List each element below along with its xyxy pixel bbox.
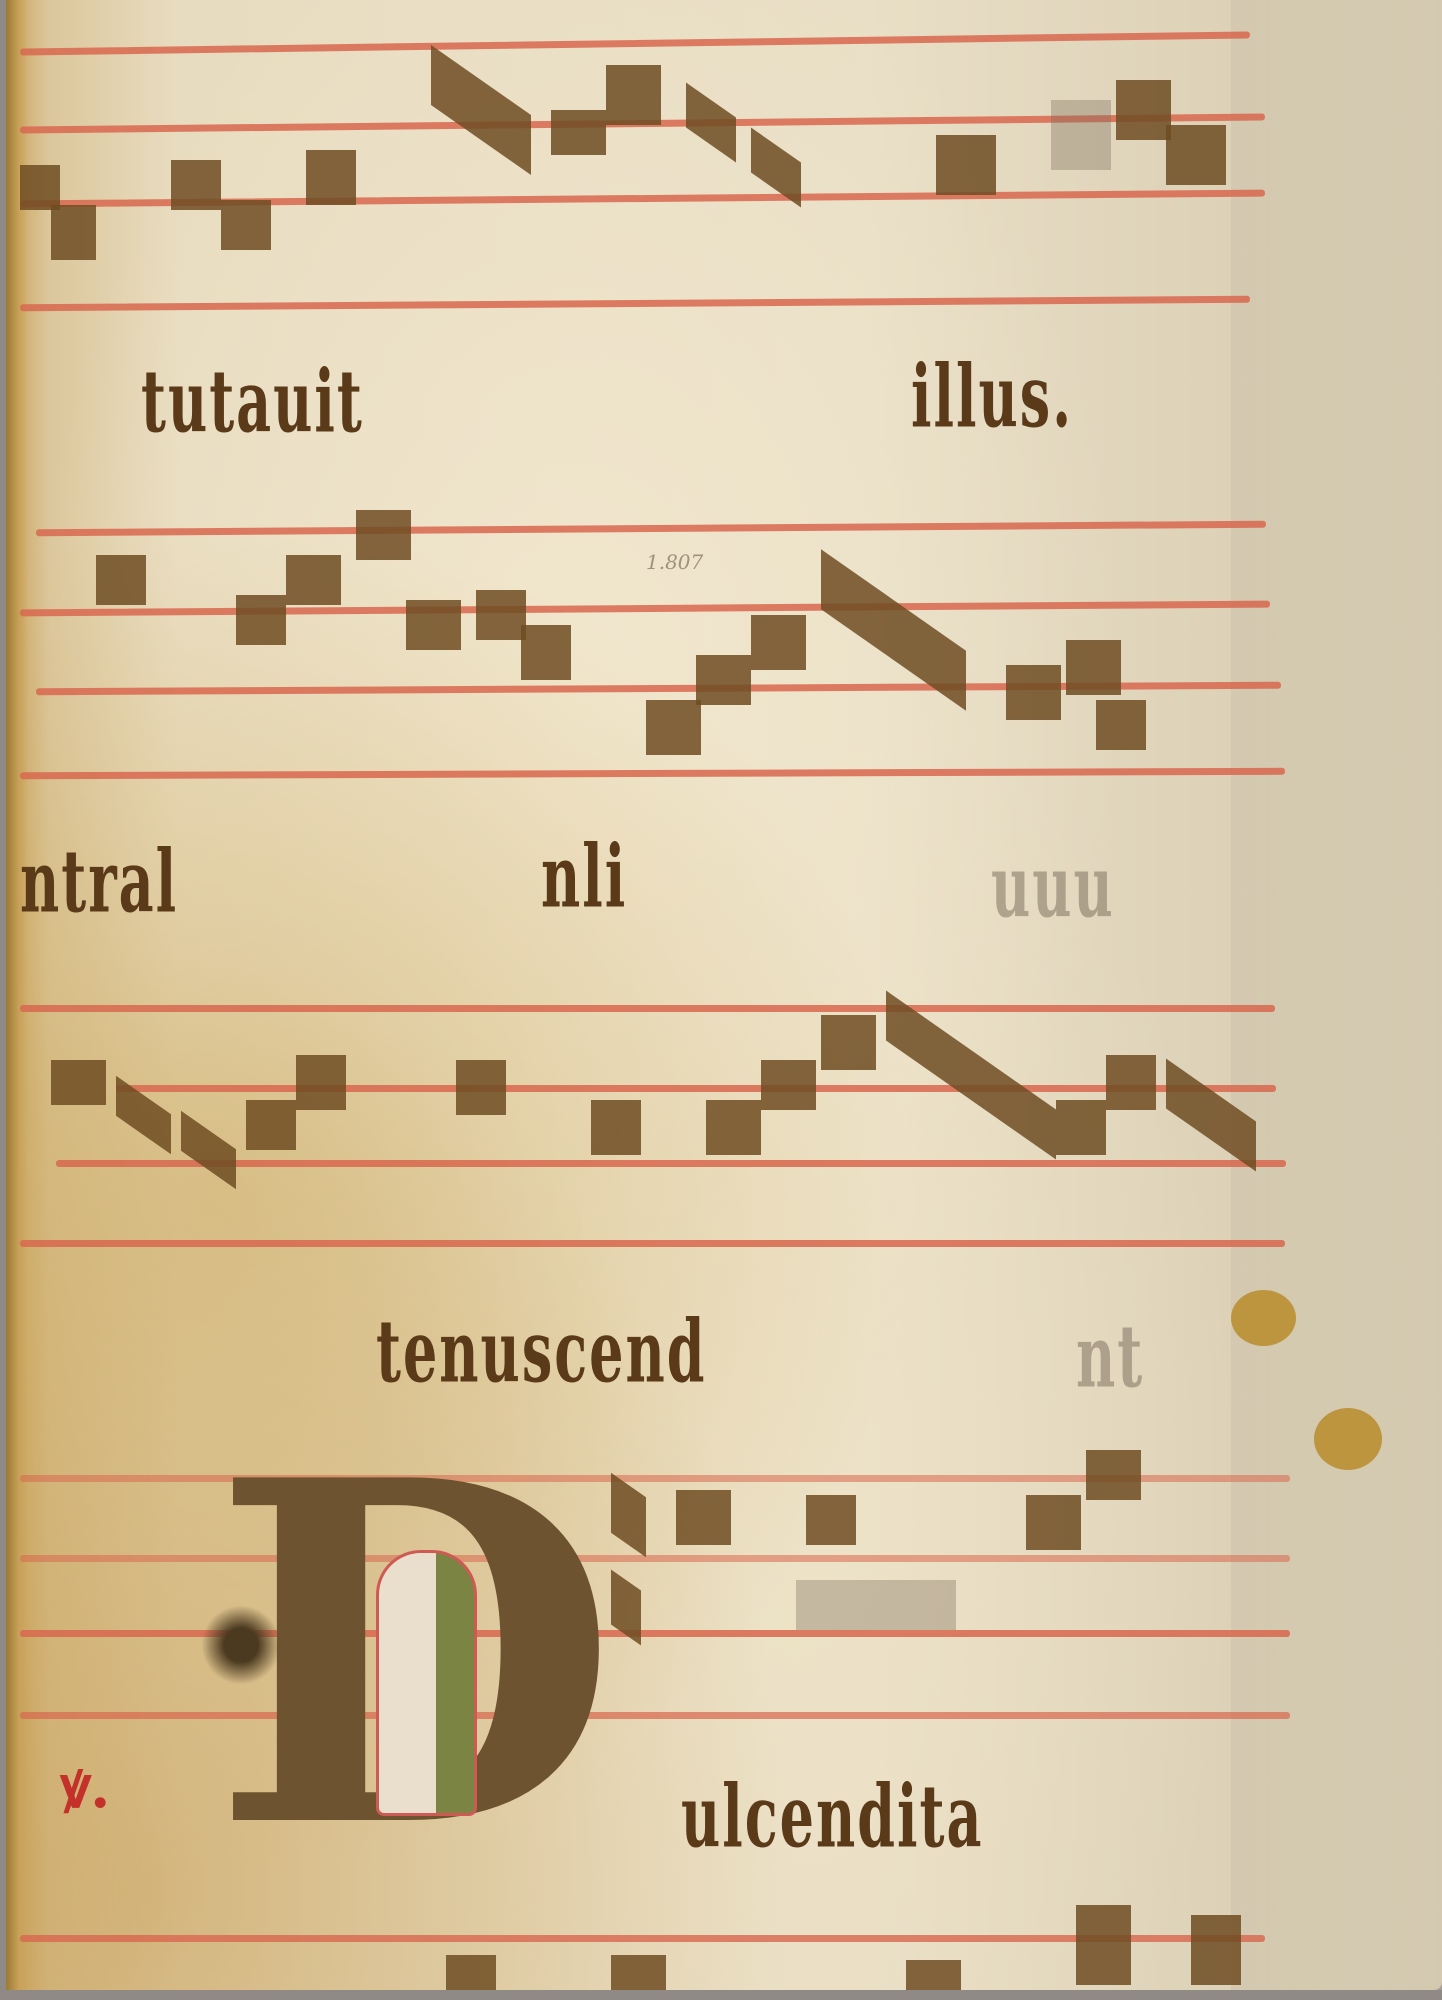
lyric-word: nli: [541, 825, 627, 927]
neume-square: [936, 135, 996, 195]
wax-stain: [1314, 1408, 1382, 1470]
wax-stain: [1231, 1290, 1296, 1346]
lyric-word: nt: [1076, 1305, 1144, 1407]
neume-square: [1066, 640, 1121, 695]
staff-line: [20, 1240, 1285, 1247]
neume-square: [356, 510, 411, 560]
neume-square: [696, 655, 751, 705]
neume-square: [1006, 665, 1061, 720]
neume-square: [606, 65, 661, 125]
neume-square: [751, 615, 806, 670]
neume-square: [1191, 1915, 1241, 1985]
neume-square: [551, 110, 606, 155]
left-edge-binding: [6, 0, 28, 1990]
lyric-word: ulcendita: [681, 1765, 983, 1867]
neume-square: [456, 1060, 506, 1115]
neume-square: [476, 590, 526, 640]
manuscript-leaf: tutauit 1.807 illus. ntral nli uuu tenus…: [6, 0, 1442, 1990]
neume-oblique: [686, 82, 736, 162]
neume-square: [821, 1015, 876, 1070]
staff-line: [20, 31, 1250, 55]
staff-line: [20, 296, 1250, 312]
neume-square: [676, 1490, 731, 1545]
neume-square: [1026, 1495, 1081, 1550]
right-margin-fold: [1231, 0, 1442, 1990]
illuminated-initial: D: [211, 1455, 601, 1875]
neume-square: [806, 1495, 856, 1545]
neume-oblique: [431, 45, 531, 175]
lyric-word: uuu: [991, 835, 1115, 937]
staff-line: [20, 601, 1270, 617]
neume-square: [306, 150, 356, 205]
neume-square: [406, 600, 461, 650]
neume-square: [1086, 1450, 1141, 1500]
lyric-word: illus.: [911, 345, 1073, 447]
lyric-word: ntral: [20, 830, 178, 932]
neume-bleedthrough: [1051, 100, 1111, 170]
neume-square: [51, 1060, 106, 1105]
neume-square: [96, 555, 146, 605]
neume-oblique: [181, 1111, 236, 1190]
neume-square: [521, 625, 571, 680]
staff-line: [56, 1160, 1286, 1167]
staff-line: [116, 1085, 1276, 1092]
neume-square: [761, 1060, 816, 1110]
staff-line: [20, 768, 1285, 779]
staff-line: [20, 1005, 1275, 1012]
lyric-word: tutauit: [141, 350, 364, 452]
versicle-rubric: ꝟ.: [61, 1745, 110, 1824]
neume-square: [1116, 80, 1171, 140]
staff-line: [36, 521, 1266, 537]
child-figure: [376, 1550, 477, 1816]
neume-square: [221, 200, 271, 250]
neume-square: [1166, 125, 1226, 185]
neume-square: [446, 1955, 496, 1990]
neume-square: [246, 1100, 296, 1150]
neume-square: [286, 555, 341, 605]
neume-oblique: [886, 990, 1056, 1159]
neume-square: [1076, 1905, 1131, 1985]
neume-square: [236, 595, 286, 645]
neume-square: [906, 1960, 961, 1990]
neume-square: [611, 1955, 666, 1990]
neume-square: [706, 1100, 761, 1155]
neume-square: [646, 700, 701, 755]
neume-bleedthrough: [796, 1580, 956, 1630]
neume-square: [296, 1055, 346, 1110]
neume-square: [591, 1100, 641, 1155]
neume-square: [171, 160, 221, 210]
pencil-annotation: 1.807: [646, 550, 703, 574]
neume-square: [1056, 1100, 1106, 1155]
neume-square: [1096, 700, 1146, 750]
neume-square: [1106, 1055, 1156, 1110]
neume-square: [51, 205, 96, 260]
neume-square: [20, 165, 60, 210]
